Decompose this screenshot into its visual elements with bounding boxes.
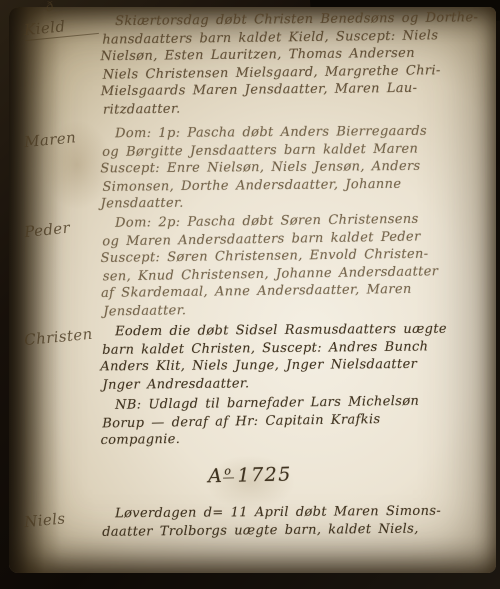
record-text: Dom: 2p: Pascha døbt Søren Christensens …	[100, 210, 487, 321]
page-content: ð Kield Skiærtorsdag døbt Christen Bened…	[0, 0, 500, 589]
record-entry-maren: Maren Dom: 1p: Pascha døbt Anders Bierre…	[20, 122, 487, 214]
record-entry-nb-note: NB: Udlagd til barnefader Lars Michelsøn…	[20, 392, 487, 451]
record-entry-kield: Kield Skiærtorsdag døbt Christen Benedsø…	[20, 9, 487, 119]
record-line: Jnger Andresdaatter.	[102, 373, 488, 395]
record-text: Dom: 1p: Pascha døbt Anders Bierregaards…	[100, 122, 487, 213]
record-line: Simonsen, Dorthe Andersdaatter, Johanne	[102, 175, 488, 197]
year-heading-year: 1725	[237, 463, 292, 486]
year-heading: Ao1725	[0, 459, 500, 492]
record-line: ritzdaatter.	[103, 97, 489, 120]
record-text: Løverdagen d= 11 April døbt Maren Simons…	[100, 502, 486, 540]
record-text: NB: Udlagd til barnefader Lars Michelsøn…	[100, 392, 487, 450]
margin-name: Kield	[23, 14, 99, 41]
record-entry-christen: Christen Eodem die døbt Sidsel Rasmusdaa…	[20, 320, 487, 394]
record-text: Eodem die døbt Sidsel Rasmusdaatters uæg…	[100, 320, 487, 393]
margin-name: Maren	[23, 126, 98, 151]
year-heading-sup: o	[223, 464, 233, 478]
margin-name: Niels	[23, 506, 98, 531]
margin-name: Peder	[23, 216, 98, 241]
record-entry-peder: Peder Dom: 2p: Pascha døbt Søren Christe…	[20, 210, 487, 322]
record-line: og Børgitte Jensdaatters barn kaldet Mar…	[102, 139, 488, 161]
record-entry-niels: Niels Løverdagen d= 11 April døbt Maren …	[20, 502, 486, 541]
record-text: Skiærtorsdag døbt Christen Benedsøns og …	[100, 9, 487, 119]
year-heading-prefix: A	[208, 465, 224, 487]
margin-name: Christen	[23, 324, 98, 349]
record-line: barn kaldet Christen, Suscept: Andres Bu…	[102, 337, 488, 359]
record-line: daatter Trolborgs uægte barn, kaldet Nie…	[102, 519, 488, 541]
